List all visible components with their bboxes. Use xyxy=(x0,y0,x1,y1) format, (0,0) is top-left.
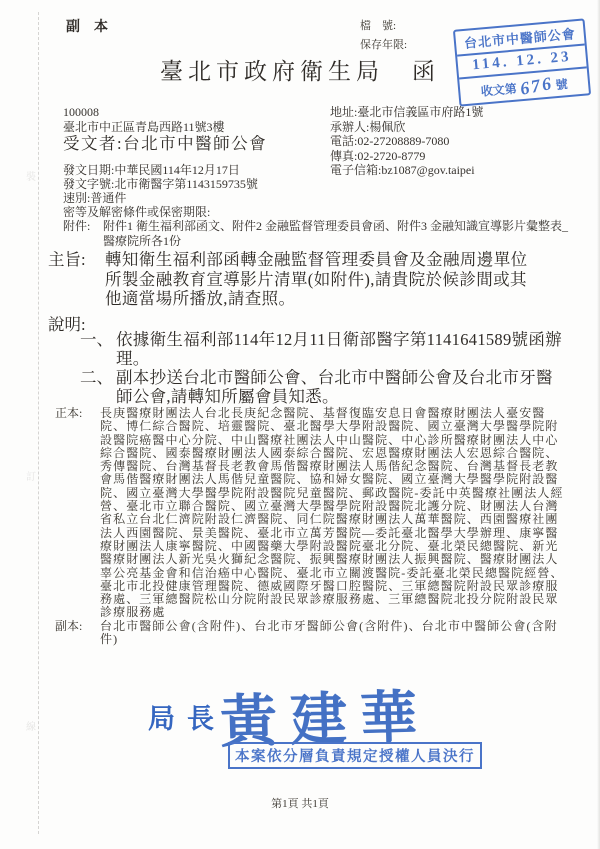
attachment-line: 附件: 附件1 衛生福利部函文、附件2 金融監督管理委員會函、附件3 金融知識宣… xyxy=(63,219,568,248)
copy-type-label: 副本 xyxy=(66,16,122,36)
attachment-text: 附件1 衛生福利部函文、附件2 金融監督管理委員會函、附件3 金融知識宣導影片彙… xyxy=(103,219,568,248)
copy-recipients-section: 副本: 台北市醫師公會(含附件)、台北市牙醫師公會(含附件)、台北市中醫師公會(… xyxy=(55,620,568,647)
contact-phone-line: 電話:02-27208889-7080 xyxy=(330,134,483,149)
issue-number-line: 發文字號:北市衛醫字第1143159735號 xyxy=(63,177,258,191)
explanation-item-2-text: 副本抄送台北市醫師公會、台北市中醫師公會及台北市牙醫師公會,請轉知所屬會員知悉。 xyxy=(116,368,564,406)
contact-person-line: 承辦人:楊佩欣 xyxy=(330,120,483,135)
original-recipients-list: 長庚醫療財團法人台北長庚紀念醫院、基督復臨安息日會醫療財團法人臺安醫院、博仁綜合… xyxy=(100,407,568,620)
original-recipients-section: 正本: 長庚醫療財團法人台北長庚紀念醫院、基督復臨安息日會醫療財團法人臺安醫院、… xyxy=(55,407,568,620)
copy-recipients-label: 副本: xyxy=(55,620,100,647)
recipient-address: 臺北市中正區青島西路11號3樓 xyxy=(63,120,267,135)
page-number: 第1頁 共1頁 xyxy=(0,795,600,811)
document-page: 裝 訂 線 副本 檔 號: 保存年限: 臺北市政府衛生局 函 台北市中醫師公會 … xyxy=(0,0,600,849)
secrecy-line: 密等及解密條件或保密期限: xyxy=(63,205,258,219)
explanation-item-1-number: 一、 xyxy=(80,330,116,368)
recipient-name: 台北市中醫師公會 xyxy=(123,134,267,153)
binding-mark-xian: 線 xyxy=(26,718,36,733)
explanation-item-1-text: 依據衛生福利部114年12月11日衛部醫字第1141641589號函辦理。 xyxy=(116,330,564,368)
binding-mark-zhuang: 裝 xyxy=(26,168,36,183)
signer-title: 局長 xyxy=(148,697,226,736)
subject-section: 主旨: 轉知衛生福利部函轉金融監督管理委員會及金融周邊單位所製金融教育宣導影片清… xyxy=(48,250,540,309)
receipt-stamp: 台北市中醫師公會 114. 12. 23 收文第676號 xyxy=(453,18,591,106)
stamp-receipt-suffix: 號 xyxy=(555,77,568,92)
file-meta-block: 檔 號: 保存年限: xyxy=(360,17,407,55)
explanation-item-1: 一、 依據衛生福利部114年12月11日衛部醫字第1141641589號函辦理。 xyxy=(80,330,564,368)
copy-recipients-list: 台北市醫師公會(含附件)、台北市牙醫師公會(含附件)、台北市中醫師公會(含附件) xyxy=(100,620,568,647)
stamp-handwritten-number: 676 xyxy=(518,73,554,100)
explanation-item-2-number: 二、 xyxy=(80,368,116,406)
attachment-label: 附件: xyxy=(63,219,103,248)
binding-dashed-line xyxy=(38,12,39,834)
binding-mark-ding: 訂 xyxy=(26,468,36,483)
recipient-label: 受文者: xyxy=(63,134,123,153)
recipient-postal-code: 100008 xyxy=(63,105,267,120)
authorization-stamp: 本案依分層負責規定授權人員決行 xyxy=(228,742,482,769)
sender-meta-block: 發文日期:中華民國114年12月17日 發文字號:北市衛醫字第114315973… xyxy=(63,163,258,219)
stamp-receipt-prefix: 收文第 xyxy=(480,82,517,99)
contact-address-line: 地址:臺北市信義區市府路1號 xyxy=(330,105,483,120)
contact-fax-line: 傳真:02-2720-8779 xyxy=(330,149,483,164)
subject-label: 主旨: xyxy=(48,250,105,309)
explanation-item-2: 二、 副本抄送台北市醫師公會、台北市中醫師公會及台北市牙醫師公會,請轉知所屬會員… xyxy=(80,368,564,406)
file-number-label: 檔 號: xyxy=(360,17,407,36)
contact-block: 地址:臺北市信義區市府路1號 承辦人:楊佩欣 電話:02-27208889-70… xyxy=(330,105,483,178)
recipient-line: 受文者:台北市中醫師公會 xyxy=(63,137,267,152)
explanation-items: 一、 依據衛生福利部114年12月11日衛部醫字第1141641589號函辦理。… xyxy=(80,330,564,406)
recipient-block: 100008 臺北市中正區青島西路11號3樓 受文者:台北市中醫師公會 xyxy=(63,105,267,152)
speed-line: 速別:普通件 xyxy=(63,191,258,205)
contact-email-line: 電子信箱:bz1087@gov.taipei xyxy=(330,163,483,178)
original-recipients-label: 正本: xyxy=(55,407,100,620)
issue-date-line: 發文日期:中華民國114年12月17日 xyxy=(63,163,258,177)
subject-text: 轉知衛生福利部函轉金融監督管理委員會及金融周邊單位所製金融教育宣導影片清單(如附… xyxy=(105,250,540,309)
